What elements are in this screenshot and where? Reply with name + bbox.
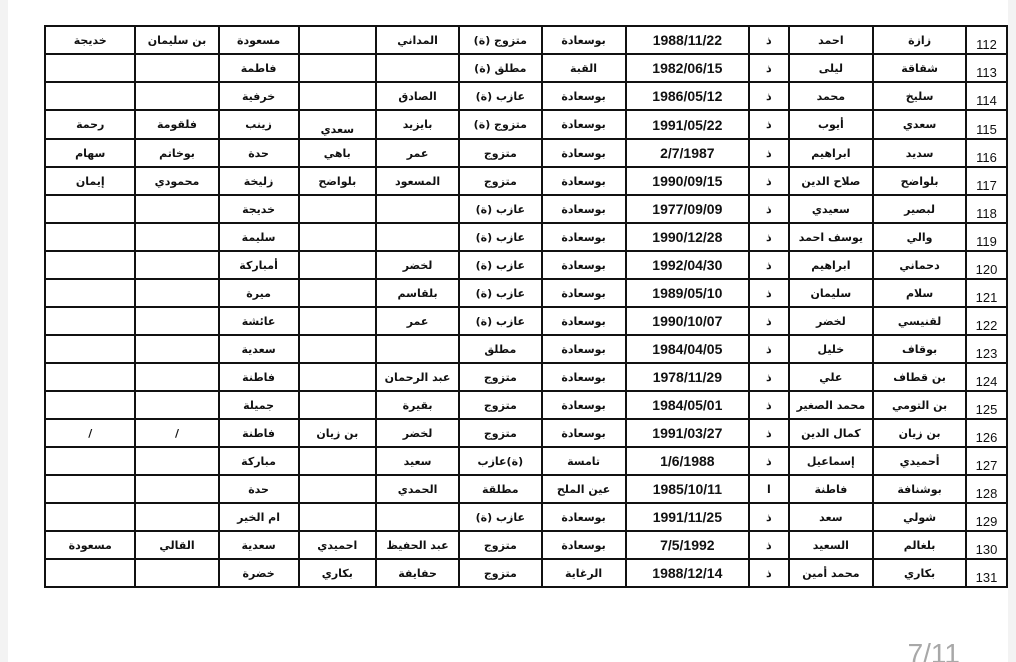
mother-first-name-cell: فاطنة [219,363,299,391]
spouse-first-name-cell: إيمان [45,167,135,195]
row-number-cell: 115 [966,110,1007,139]
row-number-cell: 118 [966,195,1007,223]
birthdate-cell: 1991/05/22 [626,110,749,139]
mother-last-name-cell: بن سليمان [135,26,218,54]
father-name-cell: عبد الحفيظ [376,531,459,559]
spouse-last-name-cell: سعدي [299,110,376,139]
spouse-last-name-cell [299,363,376,391]
last-name-cell: سليخ [873,82,966,110]
row-number-cell: 123 [966,335,1007,363]
birthplace-cell: بوسعادة [542,419,626,447]
mother-first-name-cell: خضرة [219,559,299,587]
marital-status-cell: متزوج [459,559,541,587]
mother-last-name-cell [135,251,218,279]
sex-cell: ذ [749,223,789,251]
marital-status-cell: متزوج [459,363,541,391]
first-name-cell: لخضر [789,307,873,335]
birthplace-cell: بوسعادة [542,223,626,251]
spouse-last-name-cell [299,307,376,335]
marital-status-cell: متزوج [459,139,541,167]
first-name-cell: محمد الصغير [789,391,873,419]
sex-cell: ذ [749,531,789,559]
table-row: رحمةفلقومةزينبسعديبايزيدمتزوج (ة)بوسعادة… [45,110,1007,139]
spouse-last-name-cell [299,82,376,110]
father-name-cell: بايزيد [376,110,459,139]
sex-cell: ذ [749,307,789,335]
marital-status-cell: مطلق (ة) [459,54,541,82]
sex-cell: ذ [749,195,789,223]
last-name-cell: سلام [873,279,966,307]
mother-last-name-cell: محمودي [135,167,218,195]
spouse-first-name-cell [45,363,135,391]
spouse-last-name-cell: بن زيان [299,419,376,447]
spouse-first-name-cell [45,82,135,110]
spouse-first-name-cell [45,223,135,251]
last-name-cell: بوقاف [873,335,966,363]
last-name-cell: سديد [873,139,966,167]
mother-first-name-cell: حدة [219,475,299,503]
mother-first-name-cell: فاطمة [219,54,299,82]
mother-first-name-cell: جميلة [219,391,299,419]
marital-status-cell: متزوج [459,531,541,559]
row-number-cell: 129 [966,503,1007,531]
birthdate-cell: 1990/12/28 [626,223,749,251]
mother-first-name-cell: حدة [219,139,299,167]
marital-status-cell: (ة)عازب [459,447,541,475]
spouse-last-name-cell [299,279,376,307]
row-number-cell: 122 [966,307,1007,335]
spouse-first-name-cell [45,195,135,223]
birthplace-cell: بوسعادة [542,391,626,419]
sex-cell: ذ [749,363,789,391]
last-name-cell: دحماني [873,251,966,279]
table-row: سعديةمطلقبوسعادة1984/04/05ذخليلبوقاف123 [45,335,1007,363]
birthdate-cell: 1988/11/22 [626,26,749,54]
mother-first-name-cell: زينب [219,110,299,139]
mother-last-name-cell [135,559,218,587]
row-number-cell: 114 [966,82,1007,110]
mother-first-name-cell: مسعودة [219,26,299,54]
birthdate-cell: 1988/12/14 [626,559,749,587]
table-row: //فاطنةبن زيانلخضرمتزوجبوسعادة1991/03/27… [45,419,1007,447]
mother-last-name-cell [135,503,218,531]
last-name-cell: بلغالم [873,531,966,559]
birthplace-cell: الرغاية [542,559,626,587]
mother-first-name-cell: زليخة [219,167,299,195]
marital-status-cell: متزوج (ة) [459,110,541,139]
last-name-cell: أحميدي [873,447,966,475]
mother-last-name-cell: / [135,419,218,447]
sex-cell: ذ [749,26,789,54]
sex-cell: ذ [749,139,789,167]
spouse-last-name-cell: باهي [299,139,376,167]
registry-rows: خديجةبن سليمانمسعودةالمدانيمتزوج (ة)بوسع… [45,26,1007,587]
marital-status-cell: عازب (ة) [459,82,541,110]
first-name-cell: احمد [789,26,873,54]
mother-last-name-cell: القالي [135,531,218,559]
birthplace-cell: بوسعادة [542,503,626,531]
birthdate-cell: 1992/04/30 [626,251,749,279]
spouse-last-name-cell [299,195,376,223]
row-number-cell: 119 [966,223,1007,251]
birthdate-cell: 1986/05/12 [626,82,749,110]
first-name-cell: أيوب [789,110,873,139]
father-name-cell: بقيرة [376,391,459,419]
first-name-cell: محمد [789,82,873,110]
table-row: مسعودةالقاليسعديةاحميديعبد الحفيظمتزوجبو… [45,531,1007,559]
last-name-cell: بوشنافة [873,475,966,503]
spouse-first-name-cell: سهام [45,139,135,167]
first-name-cell: إسماعيل [789,447,873,475]
sex-cell: ذ [749,391,789,419]
spouse-first-name-cell [45,279,135,307]
sex-cell: ذ [749,335,789,363]
father-name-cell [376,54,459,82]
last-name-cell: بن زيان [873,419,966,447]
row-number-cell: 113 [966,54,1007,82]
spouse-last-name-cell [299,251,376,279]
first-name-cell: فاطنة [789,475,873,503]
last-name-cell: شولي [873,503,966,531]
mother-last-name-cell [135,54,218,82]
last-name-cell: سعدي [873,110,966,139]
table-row: مباركةسعيد(ة)عازبتامسة1/6/1988ذإسماعيلأح… [45,447,1007,475]
table-row: ميرةبلقاسمعازب (ة)بوسعادة1989/05/10ذسليم… [45,279,1007,307]
marital-status-cell: متزوج [459,391,541,419]
marital-status-cell: عازب (ة) [459,503,541,531]
first-name-cell: سعيدي [789,195,873,223]
birthplace-cell: بوسعادة [542,195,626,223]
first-name-cell: ابراهيم [789,251,873,279]
marital-status-cell: متزوج [459,419,541,447]
mother-first-name-cell: أمباركة [219,251,299,279]
first-name-cell: ليلى [789,54,873,82]
birthdate-cell: 1978/11/29 [626,363,749,391]
birthdate-cell: 1982/06/15 [626,54,749,82]
table-row: سليمةعازب (ة)بوسعادة1990/12/28ذيوسف احمد… [45,223,1007,251]
table-row: عائشةعمرعازب (ة)بوسعادة1990/10/07ذلخضرلق… [45,307,1007,335]
table-row: حدةالحمديمطلقةعين الملح1985/10/11افاطنةب… [45,475,1007,503]
mother-first-name-cell: سليمة [219,223,299,251]
table-row: ام الخيرعازب (ة)بوسعادة1991/11/25ذسعدشول… [45,503,1007,531]
father-name-cell [376,503,459,531]
mother-last-name-cell [135,475,218,503]
spouse-last-name-cell [299,335,376,363]
row-number-cell: 125 [966,391,1007,419]
sex-cell: ذ [749,503,789,531]
birthdate-cell: 7/5/1992 [626,531,749,559]
registry-table: خديجةبن سليمانمسعودةالمدانيمتزوج (ة)بوسع… [44,25,1008,588]
row-number-cell: 121 [966,279,1007,307]
birthplace-cell: بوسعادة [542,167,626,195]
father-name-cell [376,195,459,223]
birthdate-cell: 1990/09/15 [626,167,749,195]
birthplace-cell: بوسعادة [542,82,626,110]
spouse-first-name-cell [45,251,135,279]
sex-cell: ذ [749,82,789,110]
row-number-cell: 124 [966,363,1007,391]
spouse-first-name-cell: مسعودة [45,531,135,559]
mother-first-name-cell: سعدية [219,531,299,559]
birthplace-cell: بوسعادة [542,251,626,279]
birthplace-cell: بوسعادة [542,279,626,307]
first-name-cell: يوسف احمد [789,223,873,251]
mother-first-name-cell: خرفية [219,82,299,110]
marital-status-cell: عازب (ة) [459,251,541,279]
mother-last-name-cell [135,363,218,391]
father-name-cell: الصادق [376,82,459,110]
first-name-cell: سعد [789,503,873,531]
spouse-last-name-cell [299,503,376,531]
father-name-cell [376,335,459,363]
marital-status-cell: عازب (ة) [459,223,541,251]
row-number-cell: 117 [966,167,1007,195]
marital-status-cell: عازب (ة) [459,279,541,307]
spouse-first-name-cell [45,335,135,363]
spouse-last-name-cell: بلواضح [299,167,376,195]
sex-cell: ذ [749,559,789,587]
father-name-cell: حفايفة [376,559,459,587]
spouse-last-name-cell [299,475,376,503]
table-row: خديجةبن سليمانمسعودةالمدانيمتزوج (ة)بوسع… [45,26,1007,54]
marital-status-cell: متزوج (ة) [459,26,541,54]
last-name-cell: شقاقة [873,54,966,82]
birthdate-cell: 1989/05/10 [626,279,749,307]
father-name-cell: المسعود [376,167,459,195]
first-name-cell: كمال الدين [789,419,873,447]
birthplace-cell: بوسعادة [542,335,626,363]
mother-last-name-cell [135,307,218,335]
mother-last-name-cell: بوخاتم [135,139,218,167]
mother-first-name-cell: ميرة [219,279,299,307]
mother-last-name-cell [135,279,218,307]
birthdate-cell: 2/7/1987 [626,139,749,167]
spouse-last-name-cell: احميدي [299,531,376,559]
row-number-cell: 120 [966,251,1007,279]
first-name-cell: السعيد [789,531,873,559]
father-name-cell: المداني [376,26,459,54]
father-name-cell: سعيد [376,447,459,475]
spouse-last-name-cell: بكاري [299,559,376,587]
document-page: خديجةبن سليمانمسعودةالمدانيمتزوج (ة)بوسع… [8,0,1008,662]
first-name-cell: خليل [789,335,873,363]
last-name-cell: بكاري [873,559,966,587]
mother-first-name-cell: خديجة [219,195,299,223]
father-name-cell: عبد الرحمان [376,363,459,391]
row-number-cell: 130 [966,531,1007,559]
first-name-cell: ابراهيم [789,139,873,167]
last-name-cell: بن التومي [873,391,966,419]
birthdate-cell: 1984/04/05 [626,335,749,363]
spouse-first-name-cell [45,559,135,587]
table-row: خضرةبكاريحفايفةمتزوجالرغاية1988/12/14ذمح… [45,559,1007,587]
sex-cell: ذ [749,447,789,475]
last-name-cell: بن قطاف [873,363,966,391]
mother-last-name-cell [135,195,218,223]
row-number-cell: 112 [966,26,1007,54]
sex-cell: ذ [749,54,789,82]
table-row: خرفيةالصادقعازب (ة)بوسعادة1986/05/12ذمحم… [45,82,1007,110]
last-name-cell: بلواضح [873,167,966,195]
table-row: خديجةعازب (ة)بوسعادة1977/09/09ذسعيديلبصي… [45,195,1007,223]
sex-cell: ذ [749,167,789,195]
father-name-cell: عمر [376,307,459,335]
mother-last-name-cell [135,223,218,251]
spouse-first-name-cell [45,391,135,419]
spouse-last-name-cell [299,26,376,54]
mother-last-name-cell [135,335,218,363]
last-name-cell: لبصير [873,195,966,223]
mother-last-name-cell [135,82,218,110]
sex-cell: ذ [749,251,789,279]
mother-first-name-cell: ام الخير [219,503,299,531]
spouse-last-name-cell [299,447,376,475]
spouse-last-name-cell [299,223,376,251]
birthplace-cell: القبة [542,54,626,82]
mother-first-name-cell: عائشة [219,307,299,335]
marital-status-cell: متزوج [459,167,541,195]
father-name-cell [376,223,459,251]
birthplace-cell: عين الملح [542,475,626,503]
birthplace-cell: بوسعادة [542,531,626,559]
last-name-cell: زازة [873,26,966,54]
mother-last-name-cell: فلقومة [135,110,218,139]
spouse-first-name-cell: / [45,419,135,447]
first-name-cell: صلاح الدين [789,167,873,195]
father-name-cell: الحمدي [376,475,459,503]
birthplace-cell: تامسة [542,447,626,475]
first-name-cell: علي [789,363,873,391]
birthdate-cell: 1977/09/09 [626,195,749,223]
row-number-cell: 116 [966,139,1007,167]
last-name-cell: والي [873,223,966,251]
birthdate-cell: 1/6/1988 [626,447,749,475]
marital-status-cell: مطلقة [459,475,541,503]
row-number-cell: 128 [966,475,1007,503]
marital-status-cell: مطلق [459,335,541,363]
sex-cell: ا [749,475,789,503]
sex-cell: ذ [749,279,789,307]
birthdate-cell: 1991/11/25 [626,503,749,531]
spouse-first-name-cell [45,307,135,335]
sex-cell: ذ [749,110,789,139]
table-row: إيمانمحموديزليخةبلواضحالمسعودمتزوجبوسعاد… [45,167,1007,195]
birthplace-cell: بوسعادة [542,139,626,167]
mother-first-name-cell: فاطنة [219,419,299,447]
page-indicator: 7/11 [908,638,960,662]
first-name-cell: سليمان [789,279,873,307]
birthdate-cell: 1991/03/27 [626,419,749,447]
spouse-first-name-cell [45,54,135,82]
father-name-cell: بلقاسم [376,279,459,307]
birthdate-cell: 1985/10/11 [626,475,749,503]
mother-last-name-cell [135,447,218,475]
spouse-last-name-cell [299,54,376,82]
table-row: أمباركةلخضرعازب (ة)بوسعادة1992/04/30ذابر… [45,251,1007,279]
spouse-first-name-cell [45,447,135,475]
table-row: جميلةبقيرةمتزوجبوسعادة1984/05/01ذمحمد ال… [45,391,1007,419]
sex-cell: ذ [749,419,789,447]
last-name-cell: لقنيسي [873,307,966,335]
mother-first-name-cell: سعدية [219,335,299,363]
marital-status-cell: عازب (ة) [459,307,541,335]
father-name-cell: لخضر [376,419,459,447]
table-row: فاطمةمطلق (ة)القبة1982/06/15ذليلىشقاقة11… [45,54,1007,82]
father-name-cell: لخضر [376,251,459,279]
table-row: سهامبوخاتمحدةباهيعمرمتزوجبوسعادة2/7/1987… [45,139,1007,167]
birthplace-cell: بوسعادة [542,307,626,335]
birthdate-cell: 1984/05/01 [626,391,749,419]
row-number-cell: 127 [966,447,1007,475]
father-name-cell: عمر [376,139,459,167]
row-number-cell: 126 [966,419,1007,447]
spouse-first-name-cell [45,475,135,503]
spouse-first-name-cell [45,503,135,531]
mother-last-name-cell [135,391,218,419]
birthdate-cell: 1990/10/07 [626,307,749,335]
birthplace-cell: بوسعادة [542,26,626,54]
spouse-last-name-cell [299,391,376,419]
mother-first-name-cell: مباركة [219,447,299,475]
spouse-first-name-cell: خديجة [45,26,135,54]
birthplace-cell: بوسعادة [542,110,626,139]
marital-status-cell: عازب (ة) [459,195,541,223]
row-number-cell: 131 [966,559,1007,587]
table-row: فاطنةعبد الرحمانمتزوجبوسعادة1978/11/29ذع… [45,363,1007,391]
spouse-first-name-cell: رحمة [45,110,135,139]
birthplace-cell: بوسعادة [542,363,626,391]
first-name-cell: محمد أمين [789,559,873,587]
